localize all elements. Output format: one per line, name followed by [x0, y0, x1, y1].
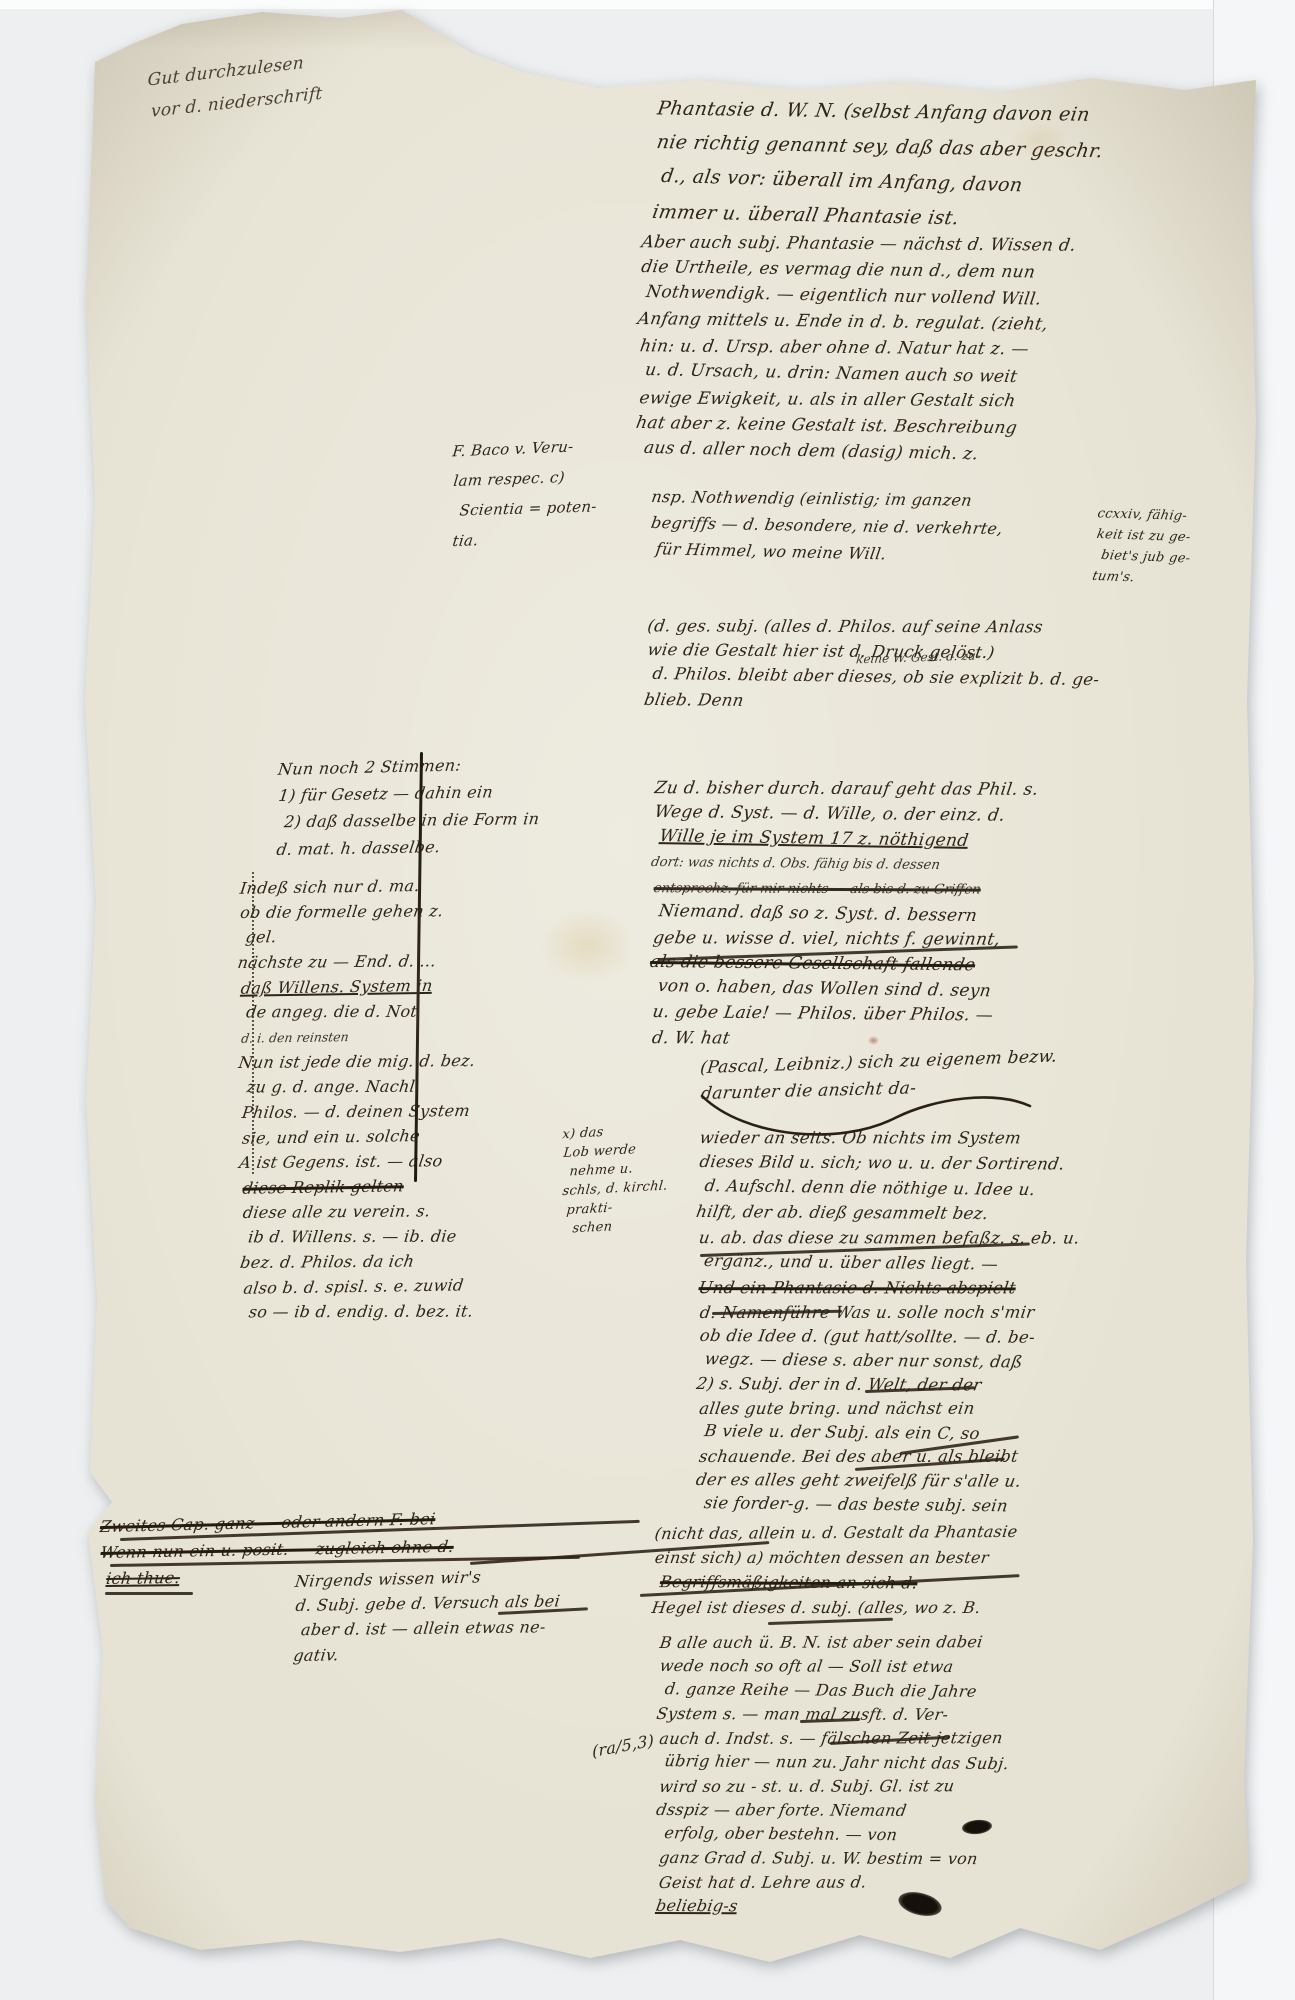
handwriting-line: bez. d. Philos. da ich	[239, 1248, 479, 1275]
handwriting-line: daß Willens. System in	[239, 972, 479, 1001]
handwriting-margin-note-scientia: F. Baco v. Veru-lam respec. c)Scientia =…	[452, 431, 593, 556]
handwriting-line: entsprechz. für mir nichts — als bis d. …	[652, 876, 1039, 903]
handwriting-line: 1) für Gesetz — dahin ein	[277, 778, 536, 810]
handwriting-block-para5: Zu d. bisher durch. darauf geht das Phil…	[652, 775, 1038, 1054]
handwriting-line: wede noch so oft al — Soll ist etwa	[658, 1654, 1006, 1679]
handwriting-line: u. gebe Laie! — Philos. über Philos. —	[651, 1000, 1038, 1029]
handwriting-line: einst sich) a) möchten dessen an bester	[653, 1545, 1019, 1570]
rust-spot	[868, 1036, 879, 1045]
handwriting-line: A ist Gegens. ist. — also	[238, 1148, 478, 1175]
handwriting-block-para9: B alle auch ü. B. N. ist aber sein dabei…	[659, 1630, 1004, 1919]
paper-stain	[1010, 120, 1070, 160]
handwriting-line: (d. ges. subj. (alles d. Philos. auf sei…	[646, 613, 1097, 639]
handwriting-line: schauende. Bei des aber u. als bleibt	[697, 1445, 1036, 1469]
handwriting-block-para8: (nicht das, allein u. d. Gestalt da Phan…	[655, 1520, 1017, 1620]
handwriting-line: gativ.	[292, 1638, 560, 1668]
handwriting-superscript-insert: keine W. Gest. d. zu-	[856, 647, 980, 669]
handwriting-line: wird so zu - st. u. d. Subj. Gl. ist zu	[658, 1774, 1006, 1799]
handwriting-line: dort: was nichts d. Obs. fähig bis d. de…	[649, 850, 1036, 879]
handwriting-line: diese Replik gelten	[241, 1172, 481, 1201]
handwriting-line: alles gute bring. und nächst ein	[698, 1397, 1037, 1421]
handwriting-block-para7: d. Namenführe Was u. solle noch s'mirob …	[699, 1300, 1035, 1518]
handwriting-line: Indeß sich nur d. ma.	[238, 872, 478, 901]
handwriting-line: so — ib d. endig. d. bez. it.	[247, 1299, 487, 1325]
handwriting-line: 2) s. Subj. der in d. Welt, der der	[695, 1372, 1034, 1398]
handwriting-line: sie forder-g. — das beste subj. sein	[702, 1491, 1040, 1518]
manuscript-scan: Gut durchzulesenvor d. niederschrift Pha…	[0, 0, 1295, 2000]
handwriting-line: keine W. Gest. d. zu-	[855, 646, 980, 669]
handwriting-line: ganz Grad d. Subj. u. W. bestim = von	[657, 1846, 1005, 1871]
handwriting-line: sie, und ein u. solche	[241, 1122, 481, 1151]
handwriting-line: B alle auch ü. B. N. ist aber sein dabei	[658, 1630, 1006, 1655]
handwriting-line: System s. — man mal zusft. d. Ver-	[655, 1702, 1003, 1727]
handwriting-line: erfolg, ober bestehn. — von	[663, 1821, 1010, 1848]
handwriting-line: diese alle zu verein. s.	[241, 1198, 481, 1225]
paper-stain	[540, 908, 635, 983]
handwriting-line: 2) daß dasselbe in die Form in	[283, 805, 541, 835]
strikethrough-stroke	[105, 1592, 193, 1595]
handwriting-block-para2: Aber auch subj. Phantasie — nächst d. Wi…	[639, 228, 1076, 468]
curved-brace-stroke	[690, 1086, 1040, 1146]
handwriting-line: Hegel ist dieses d. subj. (alles, wo z. …	[650, 1595, 1016, 1620]
handwriting-insert-between-columns: x) dasLob werdenehme u.schls, d. kirchl.…	[562, 1119, 673, 1238]
handwriting-line: ob die Idee d. (gut hatt/sollte. — d. be…	[698, 1324, 1037, 1350]
handwriting-line: tum's.	[1090, 566, 1188, 590]
handwriting-line: ob die formelle gehen z.	[239, 898, 479, 925]
handwriting-line: dieses Bild u. sich; wo u. u. der Sortir…	[698, 1149, 1082, 1177]
handwriting-line: (nicht das, allein u. d. Gestalt da Phan…	[653, 1519, 1019, 1546]
handwriting-line: hilft, der ab. dieß gesammelt bez.	[694, 1199, 1078, 1227]
handwriting-line: d. mat. h. dasselbe.	[275, 832, 534, 864]
handwriting-line: tia.	[451, 521, 592, 556]
handwriting-line: ib d. Willens. s. — ib. die	[247, 1224, 487, 1250]
handwriting-line: gel.	[244, 924, 484, 950]
handwriting-line: also b. d. spisl. s. e. zuwid	[242, 1272, 482, 1301]
handwriting-line: Philos. — d. deinen System	[240, 1098, 480, 1125]
handwriting-line: wegz. — diese s. aber nur sonst, daß	[703, 1347, 1041, 1374]
handwriting-line: beliebig-s	[654, 1894, 1002, 1919]
handwriting-line: Nun ist jede die mig. d. bez.	[237, 1048, 477, 1075]
handwriting-line: ccxxiv, fähig-	[1096, 503, 1193, 527]
handwriting-line: blieb. Denn	[642, 687, 1093, 716]
handwriting-line: de angeg. die d. Not	[245, 999, 485, 1025]
dotted-margin-line	[252, 872, 254, 1174]
handwriting-line: der es alles geht zweifelß für s'alle u.	[694, 1468, 1033, 1494]
handwriting-line: lam respec. c)	[452, 461, 592, 496]
handwriting-line: zu g. d. ange. Nachl.	[245, 1074, 485, 1100]
handwriting-block-para6: wieder an seits. Ob nichts im Systemdies…	[699, 1124, 1081, 1302]
handwriting-left-column-top: Nun noch 2 Stimmen:1) für Gesetz — dahin…	[278, 751, 535, 863]
handwriting-line: Zu d. bisher durch. darauf geht das Phil…	[653, 776, 1040, 803]
handwriting-line: Geist hat d. Lehre aus d.	[657, 1870, 1005, 1895]
handwriting-line: d. ganze Reihe — Das Buch die Jahre	[663, 1677, 1010, 1704]
handwriting-block-para3: nsp. Nothwendig (einlistig; im ganzenbeg…	[651, 482, 1004, 569]
handwriting-line: nächste zu — End. d. ...	[236, 948, 476, 975]
handwriting-line: Und ein Phantasie d. Nichts abspielt	[697, 1275, 1081, 1300]
handwriting-line: Scientia = poten-	[458, 491, 598, 525]
handwriting-line: d. i. den reinsten	[240, 1022, 480, 1051]
handwriting-left-column-main: Indeß sich nur d. ma.ob die formelle geh…	[240, 873, 481, 1325]
handwriting-line: d. Aufschl. denn die nöthige u. Idee u.	[703, 1173, 1086, 1203]
handwriting-block-para1: Phantasie d. W. N. (selbst Anfang davon …	[655, 90, 1104, 239]
handwriting-line: dsspiz — aber forte. Niemand	[654, 1798, 1002, 1823]
handwriting-line: B viele u. der Subj. als ein C, so	[703, 1419, 1041, 1446]
handwriting-line: Niemand. daß so z. Syst. d. bessern	[657, 899, 1043, 930]
handwriting-line: auch d. Indst. s. — fälschen Zeit jetzig…	[658, 1726, 1006, 1751]
handwriting-insert-right-margin: ccxxiv, fähig-keit ist zu ge-biet's jub …	[1095, 503, 1191, 590]
handwriting-bottom-center-block: Nirgends wissen wir'sd. Subj. gebe d. Ve…	[295, 1563, 561, 1668]
handwriting-line: übrig hier — nun zu. Jahr nicht das Subj…	[663, 1749, 1010, 1776]
